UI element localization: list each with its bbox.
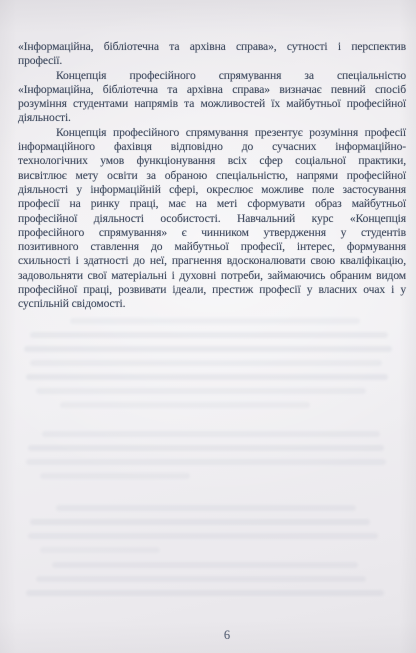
- bleed-through-line: [30, 519, 370, 525]
- bleed-through-line: [40, 547, 160, 553]
- text-line: професійної діяльності особистості. Навч…: [18, 212, 406, 226]
- page-number: 6: [0, 628, 416, 643]
- page-text-block: «Інформаційна, бібліотечна та архівна сп…: [18, 40, 406, 312]
- text-line: «Інформаційна, бібліотечна та архівна сп…: [18, 40, 406, 54]
- bleed-through-line: [52, 562, 358, 568]
- bleed-through-line: [26, 590, 384, 596]
- bleed-through-line: [28, 533, 378, 539]
- bleed-through-line: [26, 459, 386, 465]
- text-line: професійної праці, розвивати ідеали, пре…: [18, 283, 406, 297]
- text-line: професійного спрямування» є чинником утв…: [18, 226, 406, 240]
- text-line: позитивного ставлення до майбутньої проф…: [18, 240, 406, 254]
- bleed-through-line: [26, 374, 388, 380]
- paragraph-2: Концепція професійного спрямування за сп…: [18, 69, 406, 126]
- bleed-through-line: [60, 402, 310, 408]
- text-line: схильності і здатності до неї, прагнення…: [18, 254, 406, 268]
- bleed-through-line: [36, 576, 366, 582]
- text-line: розуміння студентами напрямів та можливо…: [18, 97, 406, 111]
- bleed-through-line: [42, 431, 380, 437]
- bleed-through-line: [70, 318, 360, 324]
- text-line: Концепція професійного спрямування за сп…: [18, 69, 406, 83]
- text-line: технологічних умов функціонування всіх с…: [18, 154, 406, 168]
- bleed-through-line: [30, 332, 388, 338]
- paragraph-1: «Інформаційна, бібліотечна та архівна сп…: [18, 40, 406, 69]
- text-line: Концепція професійного спрямування презе…: [18, 126, 406, 140]
- text-line: задовольняти свої матеріальні і духовні …: [18, 269, 406, 283]
- bleed-through-line: [30, 360, 382, 366]
- text-line: «Інформаційна, бібліотечна та архівна сп…: [18, 83, 406, 97]
- bleed-through-line: [36, 388, 366, 394]
- text-line: інформаційного фахівця відповідно до суч…: [18, 140, 406, 154]
- bleed-through-line: [28, 445, 384, 451]
- bleed-through-line: [24, 346, 392, 352]
- bleed-through-line: [40, 473, 190, 479]
- text-line: професії на ринку праці, має на меті сфо…: [18, 197, 406, 211]
- text-line: суспільній свідомості.: [18, 297, 406, 311]
- text-line: діяльності.: [18, 111, 406, 125]
- bleed-through-line: [56, 505, 356, 511]
- paragraph-3: Концепція професійного спрямування презе…: [18, 126, 406, 312]
- book-page: «Інформаційна, бібліотечна та архівна сп…: [0, 0, 416, 653]
- text-line: діяльності у інформаційній сфері, окресл…: [18, 183, 406, 197]
- text-line: висвітлює мету освіти за обраною спеціал…: [18, 169, 406, 183]
- text-line: професії.: [18, 54, 406, 68]
